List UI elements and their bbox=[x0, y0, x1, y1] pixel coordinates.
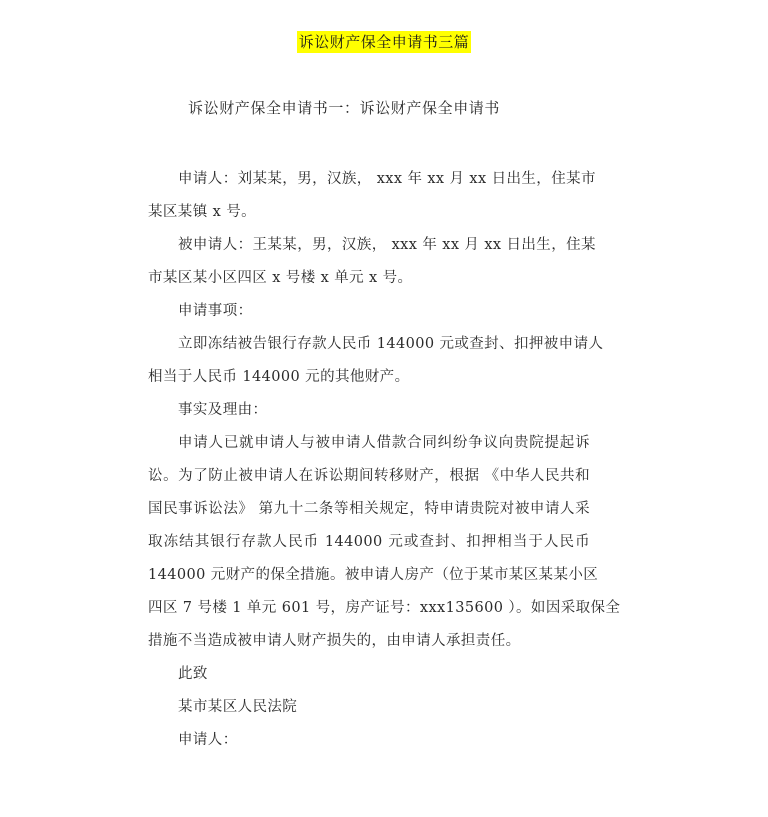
text-line: 市某区某小区四区 x 号楼 x 单元 x 号。 bbox=[148, 262, 590, 295]
text-line: 144000 元财产的保全措施。被申请人房产（位于某市某区某某小区 bbox=[148, 559, 590, 592]
text-line: 四区 7 号楼 1 单元 601 号，房产证号：xxx135600 ）。如因采取… bbox=[148, 592, 590, 625]
text-line: 国民事诉讼法》 第九十二条等相关规定，特申请贵院对被申请人采 bbox=[148, 493, 590, 526]
document-title: 诉讼财产保全申请书三篇 bbox=[297, 31, 472, 53]
facts-paragraph: 申请人已就申请人与被申请人借款合同纠纷争议向贵院提起诉 讼。为了防止被申请人在诉… bbox=[148, 427, 590, 658]
document-page: 诉讼财产保全申请书三篇 诉讼财产保全申请书一：诉讼财产保全申请书 申请人：刘某某… bbox=[0, 0, 768, 817]
respondent-paragraph: 被申请人：王某某，男，汉族， xxx 年 xx 月 xx 日出生，住某 市某区某… bbox=[148, 229, 590, 295]
document-body: 申请人：刘某某，男，汉族， xxx 年 xx 月 xx 日出生，住某市 某区某镇… bbox=[148, 163, 590, 757]
text-line: 被申请人：王某某，男，汉族， xxx 年 xx 月 xx 日出生，住某 bbox=[148, 229, 590, 262]
facts-heading: 事实及理由： bbox=[148, 394, 590, 427]
text-line: 申请人：刘某某，男，汉族， xxx 年 xx 月 xx 日出生，住某市 bbox=[148, 163, 590, 196]
request-paragraph: 立即冻结被告银行存款人民币 144000 元或查封、扣押被申请人 相当于人民币 … bbox=[148, 328, 590, 394]
text-line: 相当于人民币 144000 元的其他财产。 bbox=[148, 361, 590, 394]
applicant-paragraph: 申请人：刘某某，男，汉族， xxx 年 xx 月 xx 日出生，住某市 某区某镇… bbox=[148, 163, 590, 229]
text-line: 措施不当造成被申请人财产损失的，由申请人承担责任。 bbox=[148, 625, 590, 658]
document-subtitle: 诉讼财产保全申请书一：诉讼财产保全申请书 bbox=[188, 98, 500, 118]
text-line: 取冻结其银行存款人民币 144000 元或查封、扣押相当于人民币 bbox=[148, 526, 590, 559]
signature-label: 申请人： bbox=[148, 724, 590, 757]
closing-salutation: 此致 bbox=[148, 658, 590, 691]
text-line: 申请人已就申请人与被申请人借款合同纠纷争议向贵院提起诉 bbox=[148, 427, 590, 460]
text-line: 立即冻结被告银行存款人民币 144000 元或查封、扣押被申请人 bbox=[148, 328, 590, 361]
text-line: 某区某镇 x 号。 bbox=[148, 196, 590, 229]
court-name: 某市某区人民法院 bbox=[148, 691, 590, 724]
request-heading: 申请事项： bbox=[148, 295, 590, 328]
title-container: 诉讼财产保全申请书三篇 bbox=[0, 31, 768, 53]
text-line: 讼。为了防止被申请人在诉讼期间转移财产，根据 《中华人民共和 bbox=[148, 460, 590, 493]
